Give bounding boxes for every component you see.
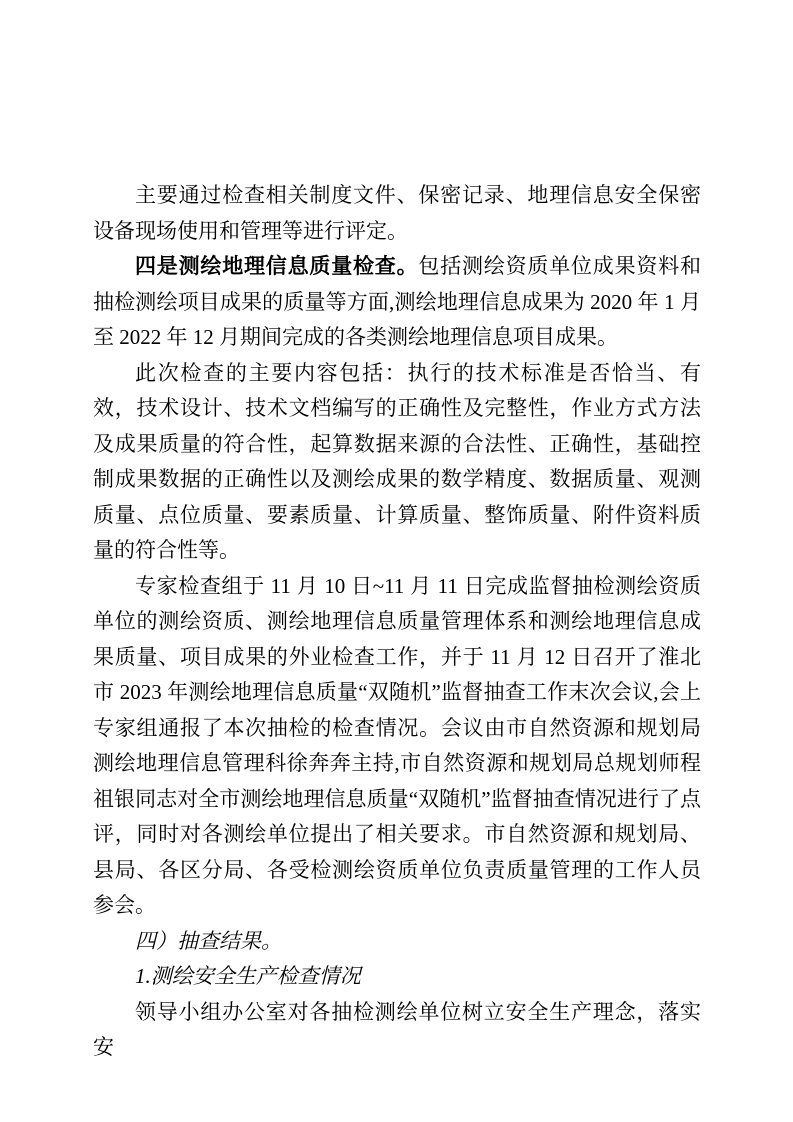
bold-lead-run: 四是测绘地理信息质量检查。 — [135, 254, 418, 278]
heading-safety-production-inspection: 1.测绘安全生产检查情况 — [93, 959, 701, 995]
paragraph-text-run: 1.测绘安全生产检查情况 — [135, 964, 361, 988]
paragraph-text-run: 主要通过检查相关制度文件、保密记录、地理信息安全保密设备现场使用和管理等进行评定… — [93, 183, 701, 243]
para-secrecy-assessment: 主要通过检查相关制度文件、保密记录、地理信息安全保密设备现场使用和管理等进行评定… — [93, 178, 701, 249]
heading-spot-check-results: 四）抽查结果。 — [93, 924, 701, 960]
paragraph-text-run: 专家检查组于 11 月 10 日~11 月 11 日完成监督抽检测绘资质单位的测… — [93, 574, 701, 918]
document-page: 主要通过检查相关制度文件、保密记录、地理信息安全保密设备现场使用和管理等进行评定… — [0, 0, 793, 1122]
para-expert-inspection-and-meeting: 专家检查组于 11 月 10 日~11 月 11 日完成监督抽检测绘资质单位的测… — [93, 569, 701, 924]
document-body: 主要通过检查相关制度文件、保密记录、地理信息安全保密设备现场使用和管理等进行评定… — [93, 178, 701, 1066]
paragraph-text-run: 领导小组办公室对各抽检测绘单位树立安全生产理念，落实安 — [93, 1000, 701, 1060]
para-inspection-contents: 此次检查的主要内容包括：执行的技术标准是否恰当、有效，技术设计、技术文档编写的正… — [93, 356, 701, 569]
paragraph-text-run: 四）抽查结果。 — [135, 929, 282, 953]
paragraph-text-run: 此次检查的主要内容包括：执行的技术标准是否恰当、有效，技术设计、技术文档编写的正… — [93, 361, 701, 563]
para-quality-inspection-scope: 四是测绘地理信息质量检查。包括测绘资质单位成果资料和抽检测绘项目成果的质量等方面… — [93, 249, 701, 356]
para-leading-group-office: 领导小组办公室对各抽检测绘单位树立安全生产理念，落实安 — [93, 995, 701, 1066]
